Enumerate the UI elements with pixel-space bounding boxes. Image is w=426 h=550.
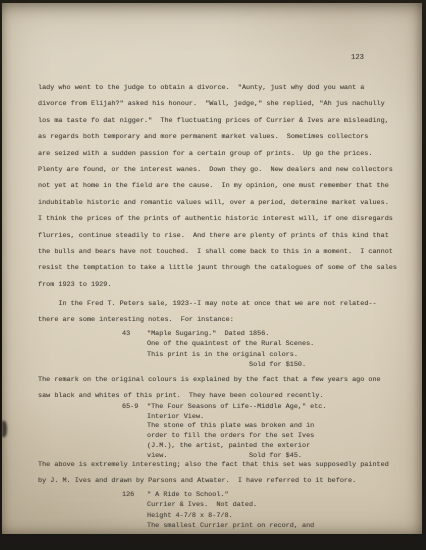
- manuscript-page: 123 lady who went to the judge to obtain…: [2, 3, 422, 534]
- photo-frame: 123 lady who went to the judge to obtain…: [0, 0, 426, 550]
- catalog-entry-maple-sugaring: 43 "Maple Sugaring." Dated 1856. One of …: [38, 329, 416, 370]
- page-edge-smudge: [2, 421, 7, 437]
- catalog-entry-a-ride-to-school: 126 " A Ride to School." Currier & Ives.…: [38, 490, 416, 531]
- lot-number: 126: [122, 490, 147, 531]
- lot-description: "The Four Seasons of Life--Middle Age," …: [147, 403, 416, 461]
- lot-description: "Maple Sugaring." Dated 1856. One of the…: [147, 329, 416, 370]
- lot-description: " A Ride to School." Currier & Ives. Not…: [147, 490, 416, 531]
- lot-number: 65-9: [122, 403, 147, 461]
- page-number: 123: [351, 54, 364, 62]
- lot-number: 43: [122, 329, 147, 370]
- paragraph-divorce-anecdote-and-prices: lady who went to the judge to obtain a d…: [38, 80, 416, 293]
- paragraph-fred-peters-sale: In the Fred T. Peters sale, 1923--I may …: [38, 296, 416, 329]
- paragraph-original-colours-remark: The remark on the original colours is ex…: [38, 372, 416, 405]
- paragraph-set-supposedly-painted: The above is extremely interesting; also…: [38, 457, 416, 490]
- catalog-entry-four-seasons-of-life: 65-9 "The Four Seasons of Life--Middle A…: [38, 403, 416, 461]
